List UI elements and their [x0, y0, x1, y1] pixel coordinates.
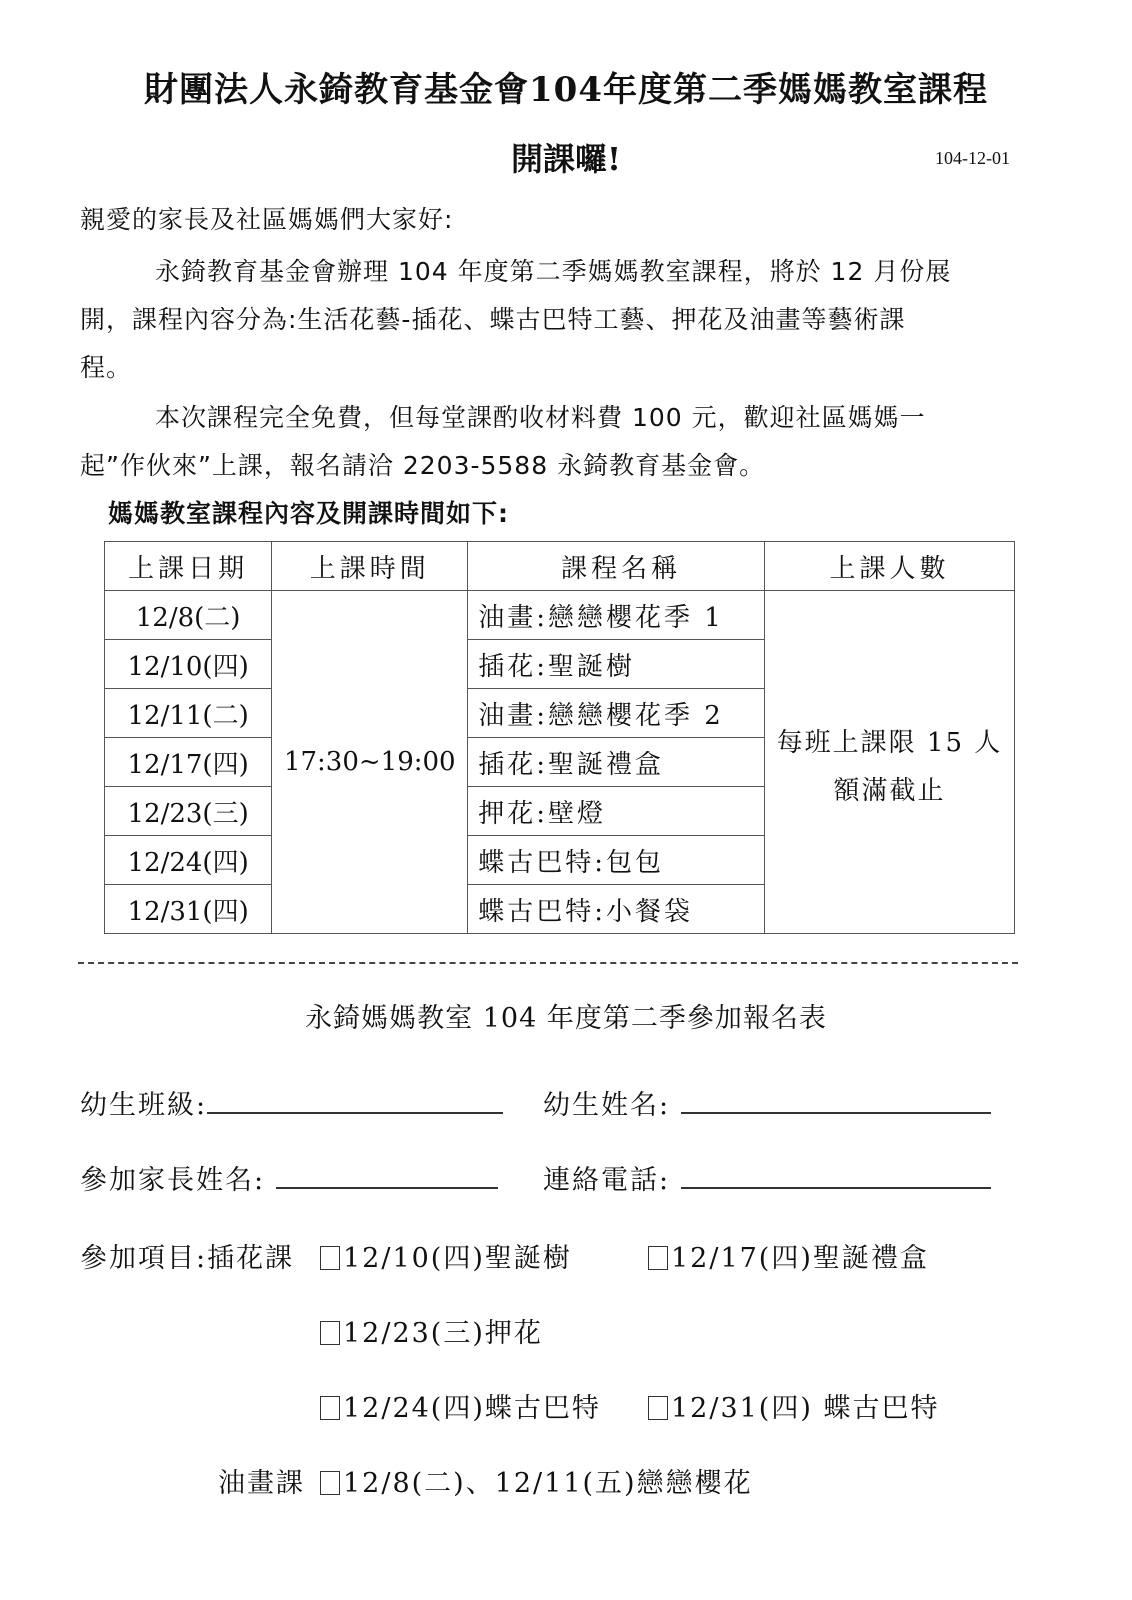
course-cell: 蝶古巴特:包包 [468, 836, 765, 885]
checkbox-icon[interactable] [320, 1246, 340, 1270]
date-cell: 12/10(四) [105, 640, 272, 689]
checkbox-icon[interactable] [320, 1471, 340, 1495]
table-row: 12/8(二) 17:30~19:00 油畫:戀戀櫻花季 1 每班上課限 15 … [105, 591, 1015, 640]
checkbox-icon[interactable] [648, 1396, 668, 1420]
checkbox-icon[interactable] [320, 1321, 340, 1345]
course-cell: 油畫:戀戀櫻花季 1 [468, 591, 765, 640]
time-cell: 17:30~19:00 [272, 591, 468, 934]
oil-painting-label: 油畫課 [218, 1461, 305, 1500]
option-12-23-pressed-flower[interactable]: 12/23(三)押花 [320, 1311, 543, 1350]
checkbox-icon[interactable] [320, 1396, 340, 1420]
option-label: 12/17(四)聖誕禮盒 [671, 1243, 929, 1274]
option-label: 12/10(四)聖誕樹 [343, 1243, 572, 1274]
phone-field[interactable]: 連絡電話: [543, 1158, 991, 1197]
course-cell: 蝶古巴特:小餐袋 [468, 885, 765, 934]
phone-blank[interactable] [681, 1161, 991, 1189]
date-cell: 12/8(二) [105, 591, 272, 640]
document-date: 104-12-01 [935, 148, 1010, 169]
form-title: 永錡媽媽教室 104 年度第二季參加報名表 [0, 996, 1132, 1035]
option-12-17-gift-box[interactable]: 12/17(四)聖誕禮盒 [648, 1236, 929, 1275]
document-title: 財團法人永錡教育基金會104年度第二季媽媽教室課程 [0, 62, 1132, 111]
column-header-course: 課程名稱 [468, 542, 765, 591]
option-12-10-christmas-tree[interactable]: 12/10(四)聖誕樹 [320, 1236, 572, 1275]
parent-name-label: 參加家長姓名: [80, 1165, 265, 1196]
checkbox-icon[interactable] [648, 1246, 668, 1270]
capacity-cell: 每班上課限 15 人 額滿截止 [764, 591, 1014, 934]
date-cell: 12/24(四) [105, 836, 272, 885]
option-label: 12/31(四) 蝶古巴特 [671, 1393, 939, 1424]
option-12-31-decoupage[interactable]: 12/31(四) 蝶古巴特 [648, 1386, 939, 1425]
child-class-field[interactable]: 幼生班級: [80, 1083, 503, 1122]
course-cell: 插花:聖誕禮盒 [468, 738, 765, 787]
items-label: 參加項目:插花課 [80, 1236, 294, 1275]
date-cell: 12/11(二) [105, 689, 272, 738]
option-label: 12/23(三)押花 [343, 1318, 543, 1349]
child-name-blank[interactable] [681, 1086, 991, 1114]
paragraph-2-line-1: 本次課程完全免費，但每堂課酌收材料費 100 元，歡迎社區媽媽一 [155, 398, 926, 434]
course-cell: 油畫:戀戀櫻花季 2 [468, 689, 765, 738]
option-label: 12/24(四)蝶古巴特 [343, 1393, 601, 1424]
course-cell: 插花:聖誕樹 [468, 640, 765, 689]
column-header-capacity: 上課人數 [764, 542, 1014, 591]
schedule-table: 上課日期 上課時間 課程名稱 上課人數 12/8(二) 17:30~19:00 … [104, 541, 1015, 934]
table-header-row: 上課日期 上課時間 課程名稱 上課人數 [105, 542, 1015, 591]
phone-label: 連絡電話: [543, 1165, 670, 1196]
capacity-note: 額滿截止 [765, 767, 1014, 815]
child-class-label: 幼生班級: [80, 1090, 207, 1121]
option-label: 12/8(二)、12/11(五)戀戀櫻花 [343, 1468, 753, 1499]
date-cell: 12/23(三) [105, 787, 272, 836]
paragraph-2-line-2: 起”作伙來”上課，報名請洽 2203-5588 永錡教育基金會。 [80, 446, 765, 482]
option-12-24-decoupage[interactable]: 12/24(四)蝶古巴特 [320, 1386, 601, 1425]
paragraph-1-line-3: 程。 [80, 348, 132, 384]
child-class-blank[interactable] [207, 1086, 503, 1114]
cut-line-divider [78, 962, 1018, 964]
child-name-field[interactable]: 幼生姓名: [543, 1083, 991, 1122]
parent-name-field[interactable]: 參加家長姓名: [80, 1158, 498, 1197]
capacity-limit: 每班上課限 15 人 [765, 719, 1014, 767]
option-oil-painting-sakura[interactable]: 12/8(二)、12/11(五)戀戀櫻花 [320, 1461, 753, 1500]
date-cell: 12/31(四) [105, 885, 272, 934]
course-cell: 押花:壁燈 [468, 787, 765, 836]
table-caption: 媽媽教室課程內容及開課時間如下: [108, 494, 509, 530]
paragraph-1-line-2: 開，課程內容分為:生活花藝-插花、蝶古巴特工藝、押花及油畫等藝術課 [80, 300, 905, 336]
date-cell: 12/17(四) [105, 738, 272, 787]
parent-name-blank[interactable] [276, 1161, 498, 1189]
greeting: 親愛的家長及社區媽媽們大家好: [80, 200, 453, 236]
column-header-date: 上課日期 [105, 542, 272, 591]
column-header-time: 上課時間 [272, 542, 468, 591]
child-name-label: 幼生姓名: [543, 1090, 670, 1121]
paragraph-1-line-1: 永錡教育基金會辦理 104 年度第二季媽媽教室課程，將於 12 月份展 [155, 252, 951, 288]
